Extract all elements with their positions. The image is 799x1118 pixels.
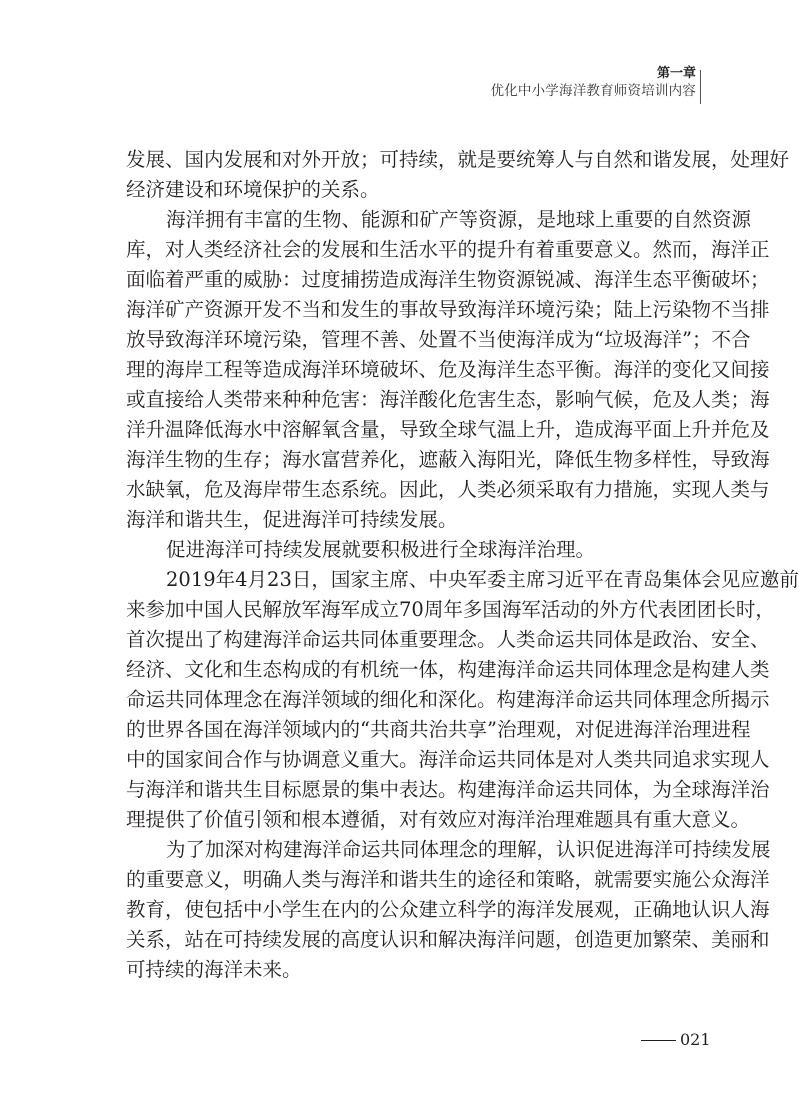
page-number: 021 [641, 1030, 711, 1049]
text-line: 或直接给人类带来种种危害：海洋酸化危害生态，影响气候，危及人类；海 [126, 385, 693, 415]
header-divider [700, 70, 701, 104]
text-line: 海洋生物的生存；海水富营养化，遮蔽入海阳光，降低生物多样性，导致海 [126, 445, 693, 475]
text-line: 与海洋和谐共生目标愿景的集中表达。构建海洋命运共同体，为全球海洋治 [126, 775, 693, 805]
text-line: 理提供了价值引领和根本遵循，对有效应对海洋治理难题具有重大意义。 [126, 805, 693, 835]
text-line: 经济、文化和生态构成的有机统一体，构建海洋命运共同体理念是构建人类 [126, 655, 693, 685]
text-line: 关系，站在可持续发展的高度认识和解决海洋问题，创造更加繁荣、美丽和 [126, 925, 693, 955]
paragraph-start: 为了加深对构建海洋命运共同体理念的理解，认识促进海洋可持续发展 [126, 835, 693, 865]
text-line: 水缺氧，危及海岸带生态系统。因此，人类必须采取有力措施，实现人类与 [126, 475, 693, 505]
body-text: 发展、国内发展和对外开放；可持续，就是要统筹人与自然和谐发展，处理好 经济建设和… [126, 145, 693, 985]
text-line: 库，对人类经济社会的发展和生活水平的提升有着重要意义。然而，海洋正 [126, 235, 693, 265]
folio-dash [641, 1040, 676, 1041]
text-line: 可持续的海洋未来。 [126, 955, 693, 985]
text-line: 发展、国内发展和对外开放；可持续，就是要统筹人与自然和谐发展，处理好 [126, 145, 693, 175]
text-line: 来参加中国人民解放军海军成立70周年多国海军活动的外方代表团团长时， [126, 595, 693, 625]
text-line: 的重要意义，明确人类与海洋和谐共生的途径和策略，就需要实施公众海洋 [126, 865, 693, 895]
text-line: 中的国家间合作与协调意义重大。海洋命运共同体是对人类共同追求实现人 [126, 745, 693, 775]
page-number-text: 021 [680, 1030, 711, 1049]
text-line: 海洋矿产资源开发不当和发生的事故导致海洋环境污染；陆上污染物不当排 [126, 295, 693, 325]
paragraph-start: 2019年4月23日，国家主席、中央军委主席习近平在青岛集体会见应邀前 [126, 565, 693, 595]
text-line: 教育，使包括中小学生在内的公众建立科学的海洋发展观，正确地认识人海 [126, 895, 693, 925]
text-line: 首次提出了构建海洋命运共同体重要理念。人类命运共同体是政治、安全、 [126, 625, 693, 655]
text-line: 命运共同体理念在海洋领域的细化和深化。构建海洋命运共同体理念所揭示 [126, 685, 693, 715]
chapter-label: 第一章 [491, 66, 697, 82]
text-line: 放导致海洋环境污染，管理不善、处置不当使海洋成为“垃圾海洋”；不合 [126, 325, 693, 355]
text-line: 的世界各国在海洋领域内的“共商共治共享”治理观，对促进海洋治理进程 [126, 715, 693, 745]
paragraph-start: 海洋拥有丰富的生物、能源和矿产等资源，是地球上重要的自然资源 [126, 205, 693, 235]
text-line: 理的海岸工程等造成海洋环境破坏、危及海洋生态平衡。海洋的变化又间接 [126, 355, 693, 385]
text-line: 海洋和谐共生，促进海洋可持续发展。 [126, 505, 693, 535]
chapter-subtitle: 优化中小学海洋教育师资培训内容 [491, 82, 697, 100]
paragraph-start: 促进海洋可持续发展就要积极进行全球海洋治理。 [126, 535, 693, 565]
text-line: 洋升温降低海水中溶解氧含量，导致全球气温上升，造成海平面上升并危及 [126, 415, 693, 445]
text-line: 面临着严重的威胁：过度捕捞造成海洋生物资源锐减、海洋生态平衡破坏； [126, 265, 693, 295]
text-line: 经济建设和环境保护的关系。 [126, 175, 693, 205]
running-header: 第一章 优化中小学海洋教育师资培训内容 [491, 66, 697, 100]
